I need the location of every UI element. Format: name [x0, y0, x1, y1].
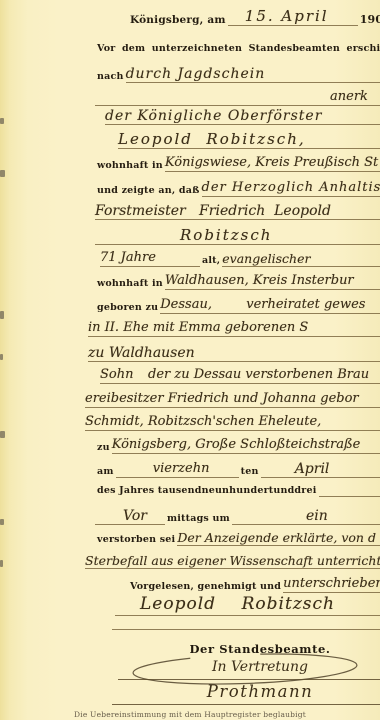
handwritten-entry: Forstmeister Friedrich Leopold — [95, 203, 331, 220]
printed-form-text: Königsberg, am — [128, 14, 228, 26]
printed-form-text: mittags um — [165, 514, 232, 525]
birthplace-marital: geboren zuDessau,verheiratet gewes — [95, 298, 380, 314]
handwritten-entry: Königswiese, Kreis Preußisch St — [165, 156, 380, 172]
handwritten-entry: Leopold Robitzsch, — [118, 131, 380, 149]
blank-underline — [115, 612, 140, 616]
identification-line: nachdurch Jagdschein — [95, 66, 380, 83]
handwritten-entry: Der Anzeigende erklärte, von d — [177, 531, 380, 546]
declarant-title: der Königliche Oberförster — [105, 108, 380, 125]
blank-underline — [347, 521, 380, 525]
closing-formula: Vorgelesen, genehmigt undunterschrieben — [128, 577, 380, 593]
handwritten-entry: Vor — [123, 508, 165, 525]
handwritten-entry: Königsberg, Große Schloßteichstraße — [112, 438, 380, 454]
printed-form-text: am — [95, 467, 116, 478]
handwritten-entry: Leopold Robitzsch — [140, 595, 380, 616]
blank-underline — [112, 626, 380, 630]
blank-underline — [116, 474, 134, 478]
identification-line-2: anerk — [95, 90, 380, 106]
handwritten-entry: unterschrieben — [283, 577, 380, 593]
blank-underline — [178, 263, 200, 267]
handwritten-entry: verheiratet gewes — [246, 298, 380, 314]
handwritten-entry: Sohn — [100, 368, 148, 384]
notice-line: und zeigte an, daßder Herzoglich Anhalti… — [95, 181, 380, 197]
death-time: Vormittags umein — [95, 508, 380, 525]
blank-underline — [319, 493, 380, 497]
handwritten-entry: durch Jagdschein — [126, 66, 276, 83]
blank-underline — [261, 474, 275, 478]
handwritten-entry: vierzehn — [134, 462, 229, 478]
handwritten-entry: zu Waldhausen — [88, 345, 228, 362]
parents-line-1: Sohnder zu Dessau verstorbenen Brau — [100, 368, 380, 384]
printed-form-text: zu — [95, 443, 112, 454]
scan-speck — [0, 519, 4, 525]
blank-underline — [331, 216, 380, 220]
handwritten-entry: der zu Dessau verstorbenen Brau — [148, 368, 380, 384]
scan-speck — [0, 170, 5, 177]
certification-note: Die Uebereinstimmung mit dem Hauptregist… — [0, 710, 380, 719]
deceased-title-name: Forstmeister Friedrich Leopold — [95, 203, 380, 220]
handwritten-entry: Robitzsch — [180, 227, 272, 245]
blank-underline — [350, 474, 380, 478]
separator-rule — [112, 626, 380, 630]
parents-line-3: Schmidt, Robitzsch'schen Eheleute, — [85, 415, 380, 431]
registrar-signature: Prothmann — [170, 682, 350, 701]
printed-form-text: Vor dem unterzeichneten Standesbeamten e… — [95, 44, 380, 55]
handwritten-entry: Dessau, — [160, 298, 232, 314]
handwritten-entry: anerk — [330, 90, 380, 106]
blank-underline — [346, 22, 358, 26]
handwritten-entry: der Königliche Oberförster — [105, 108, 380, 125]
age-religion: 71 Jahrealt,evangelischerRe — [100, 251, 380, 267]
printed-form-text: verstorben sei — [95, 535, 177, 546]
blank-underline — [276, 79, 380, 83]
handwritten-entry: ein — [287, 508, 347, 525]
marriage-line: in II. Ehe mit Emma geborenen S — [88, 321, 380, 337]
printed-form-text: Vorgelesen, genehmigt und — [128, 582, 283, 593]
printed-form-text: des Jahres tausendneunhundertunddrei — [95, 486, 319, 497]
form-intro: Vor dem unterzeichneten Standesbeamten e… — [95, 44, 380, 55]
scan-speck — [0, 560, 3, 567]
representation-note: In Vertretung — [175, 659, 345, 675]
header-place-date: Königsberg, am15. April1903. — [128, 8, 380, 26]
printed-form-text: ten — [239, 467, 261, 478]
handwritten-entry: April — [275, 461, 350, 478]
deceased-surname: Robitzsch — [95, 227, 380, 245]
printed-form-text: alt, — [200, 256, 222, 267]
declarant-residence: wohnhaft inKönigswiese, Kreis Preußisch … — [95, 156, 380, 172]
handwritten-entry: Waldhausen, Kreis Insterbur — [165, 274, 380, 290]
handwritten-entry: Schmidt, Robitzsch'schen Eheleute, — [85, 415, 321, 431]
handwritten-entry: 71 Jahre — [100, 251, 178, 267]
declarant-signature: Leopold Robitzsch — [115, 595, 380, 616]
blank-underline — [95, 102, 330, 106]
handwritten-entry: ereibesitzer Friedrich und Johanna gebor — [85, 392, 380, 408]
signature-line — [118, 679, 380, 680]
blank-underline — [228, 358, 380, 362]
signature-line — [112, 704, 380, 705]
declarant-name: Leopold Robitzsch, — [118, 131, 380, 149]
blank-underline — [321, 427, 380, 431]
death-certificate-page: Königsberg, am15. April1903.Vor dem unte… — [0, 0, 380, 720]
deceased-statement-2: Sterbefall aus eigener Wissenschaft unte… — [85, 554, 380, 569]
marriage-place: zu Waldhausen — [88, 345, 380, 362]
death-year: des Jahres tausendneunhundertunddrei — [95, 486, 380, 497]
blank-underline — [229, 474, 239, 478]
printed-form-text: und zeigte an, daß — [95, 186, 202, 197]
scan-speck — [0, 354, 3, 360]
handwritten-entry: Sterbefall aus eigener Wissenschaft unte… — [85, 554, 380, 569]
blank-underline — [272, 241, 380, 245]
printed-form-text: geboren zu — [95, 303, 160, 314]
parents-line-2: ereibesitzer Friedrich und Johanna gebor — [85, 392, 380, 408]
handwritten-entry: 15. April — [228, 8, 346, 26]
printed-form-text: wohnhaft in — [95, 161, 165, 172]
handwritten-entry: der Herzoglich Anhaltisch — [202, 181, 380, 197]
blank-underline — [95, 241, 180, 245]
scan-speck — [0, 311, 4, 319]
death-place: zuKönigsberg, Große Schloßteichstraße — [95, 438, 380, 454]
blank-underline — [95, 521, 123, 525]
printed-form-text: 1903. — [358, 14, 380, 27]
handwritten-entry: in II. Ehe mit Emma geborenen S — [88, 321, 380, 337]
deceased-statement-1: verstorben seiDer Anzeigende erklärte, v… — [95, 531, 380, 546]
printed-form-text: wohnhaft in — [95, 279, 165, 290]
scan-speck — [0, 431, 5, 438]
scan-speck — [0, 118, 4, 124]
printed-form-text: nach — [95, 72, 126, 83]
handwritten-entry: evangelischer — [222, 252, 380, 267]
death-date: amvierzehntenApril — [95, 461, 380, 478]
blank-underline — [232, 521, 287, 525]
blank-underline — [232, 310, 246, 314]
deceased-residence: wohnhaft inWaldhausen, Kreis Insterbur — [95, 274, 380, 290]
